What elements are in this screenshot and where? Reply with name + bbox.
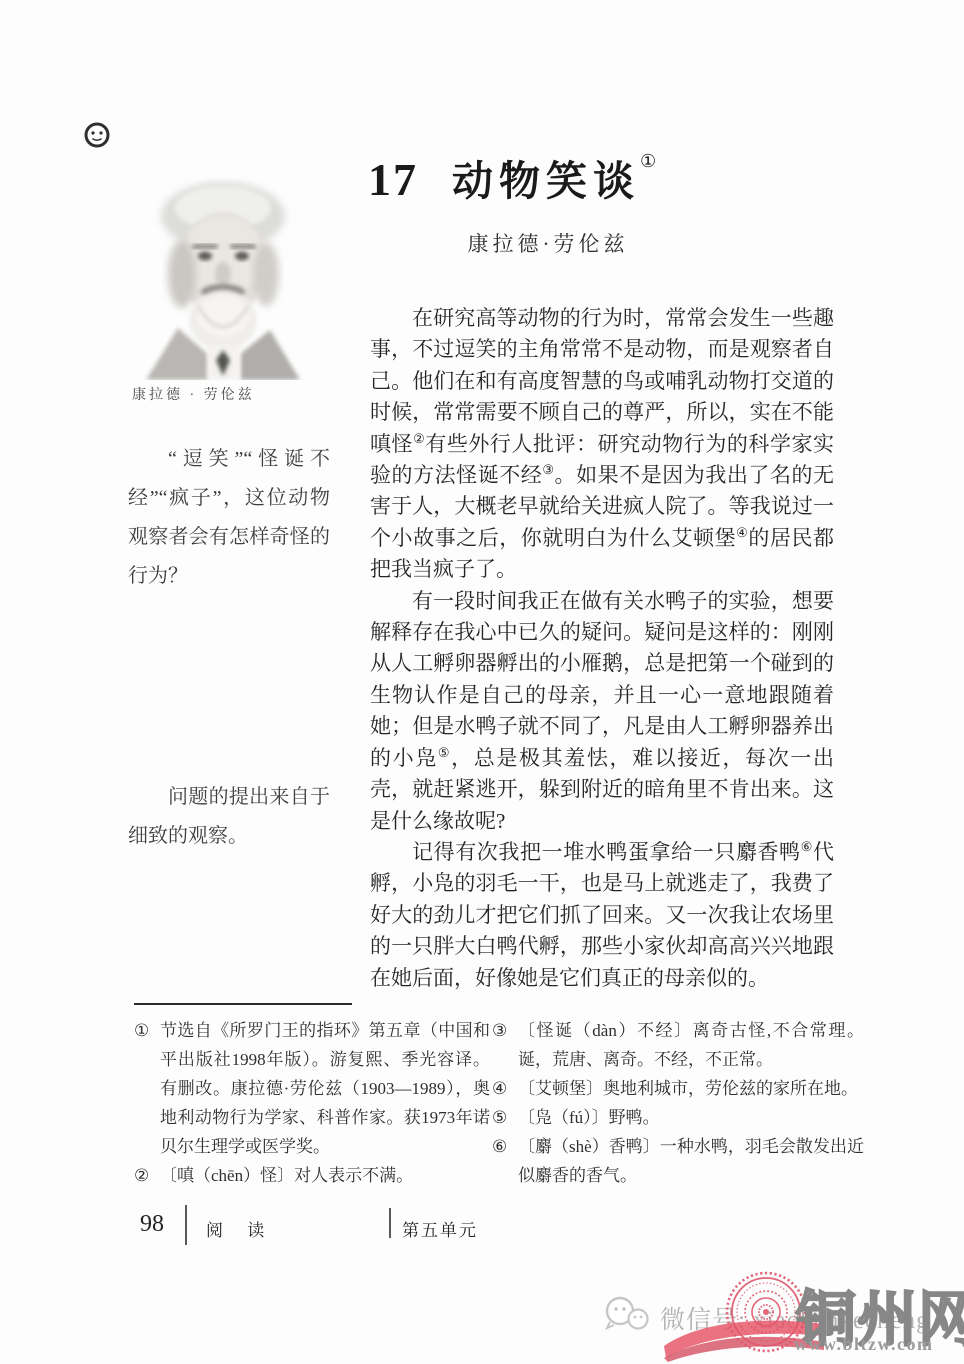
- lesson-number: 17: [368, 154, 418, 205]
- footnote-text: 〔凫（fú）〕野鸭。: [518, 1103, 864, 1132]
- portrait-caption: 康拉德 · 劳伦兹: [132, 384, 255, 404]
- footnote-text: 节选自《所罗门王的指环》第五章（中国和平出版社1998年版）。游复熙、季光容译。…: [160, 1016, 490, 1161]
- footer-section-label: 阅 读: [206, 1216, 274, 1241]
- author-name: 康拉德·劳伦兹: [368, 228, 728, 258]
- footnote-number: ④: [492, 1074, 518, 1103]
- wechat-icon: [602, 1294, 654, 1336]
- footnote-number: ⑤: [492, 1103, 518, 1132]
- footnote-item: ③〔怪诞（dàn）不经〕离奇古怪,不合常理。诞，荒唐、离奇。不经，不正常。: [492, 1016, 864, 1074]
- lesson-title-row: 17动物笑谈①: [368, 148, 656, 207]
- footer-divider: [185, 1205, 187, 1245]
- paragraph-1: 在研究高等动物的行为时，常常会发生一些趣事，不过逗笑的主角常常不是动物，而是观察…: [370, 303, 834, 586]
- paragraph-3: 记得有次我把一堆水鸭蛋拿给一只麝香鸭⑥代孵，小凫的羽毛一干，也是马上就逃走了，我…: [370, 837, 834, 994]
- watermark-site-url: www.bltzw.com: [794, 1334, 934, 1355]
- footnote-number: ②: [134, 1161, 160, 1190]
- footer-unit-label: 第五单元: [402, 1216, 478, 1241]
- lesson-title: 动物笑谈: [452, 158, 640, 204]
- smiley-icon: [82, 120, 112, 150]
- footer-divider: [389, 1208, 391, 1238]
- footnote-text: 〔麝（shè）香鸭〕一种水鸭，羽毛会散发出近似麝香的香气。: [518, 1132, 864, 1190]
- footnote-item: ⑤〔凫（fú）〕野鸭。: [492, 1103, 864, 1132]
- margin-note-observation: 问题的提出来自于细致的观察。: [128, 778, 330, 856]
- footnote-item: ④〔艾顿堡〕奥地利城市，劳伦兹的家所在地。: [492, 1074, 864, 1103]
- footnote-number: ①: [134, 1016, 160, 1045]
- footnote-text: 〔艾顿堡〕奥地利城市，劳伦兹的家所在地。: [518, 1074, 864, 1103]
- footnote-item: ①节选自《所罗门王的指环》第五章（中国和平出版社1998年版）。游复熙、季光容译…: [134, 1016, 490, 1161]
- body-text: 在研究高等动物的行为时，常常会发生一些趣事，不过逗笑的主角常常不是动物，而是观察…: [370, 303, 834, 994]
- textbook-page: 康拉德 · 劳伦兹 “逗笑”“怪诞不经”“疯子”，这位动物观察者会有怎样奇怪的行…: [0, 0, 964, 1364]
- page-number: 98: [140, 1211, 164, 1238]
- paragraph-2: 有一段时间我正在做有关水鸭子的实验，想要解释存在我心中已久的疑问。疑问是这样的：…: [370, 586, 834, 837]
- author-portrait: [138, 178, 308, 380]
- footnote-item: ⑥〔麝（shè）香鸭〕一种水鸭，羽毛会散发出近似麝香的香气。: [492, 1132, 864, 1190]
- footnote-number: ③: [492, 1016, 518, 1045]
- footnote-text: 〔怪诞（dàn）不经〕离奇古怪,不合常理。诞，荒唐、离奇。不经，不正常。: [518, 1016, 864, 1074]
- title-footnote-ref: ①: [640, 151, 656, 171]
- margin-note-question: “逗笑”“怪诞不经”“疯子”，这位动物观察者会有怎样奇怪的行为？: [128, 440, 330, 596]
- page-footer: 98 阅 读 第五单元: [0, 1205, 964, 1245]
- footnote-separator: [134, 1003, 352, 1005]
- footnotes-left-column: ①节选自《所罗门王的指环》第五章（中国和平出版社1998年版）。游复熙、季光容译…: [134, 1016, 490, 1190]
- footnote-item: ②〔嗔（chēn）怪〕对人表示不满。: [134, 1161, 490, 1190]
- footnote-text: 〔嗔（chēn）怪〕对人表示不满。: [160, 1161, 490, 1190]
- footnote-number: ⑥: [492, 1132, 518, 1161]
- footnotes-right-column: ③〔怪诞（dàn）不经〕离奇古怪,不合常理。诞，荒唐、离奇。不经，不正常。④〔艾…: [492, 1016, 864, 1190]
